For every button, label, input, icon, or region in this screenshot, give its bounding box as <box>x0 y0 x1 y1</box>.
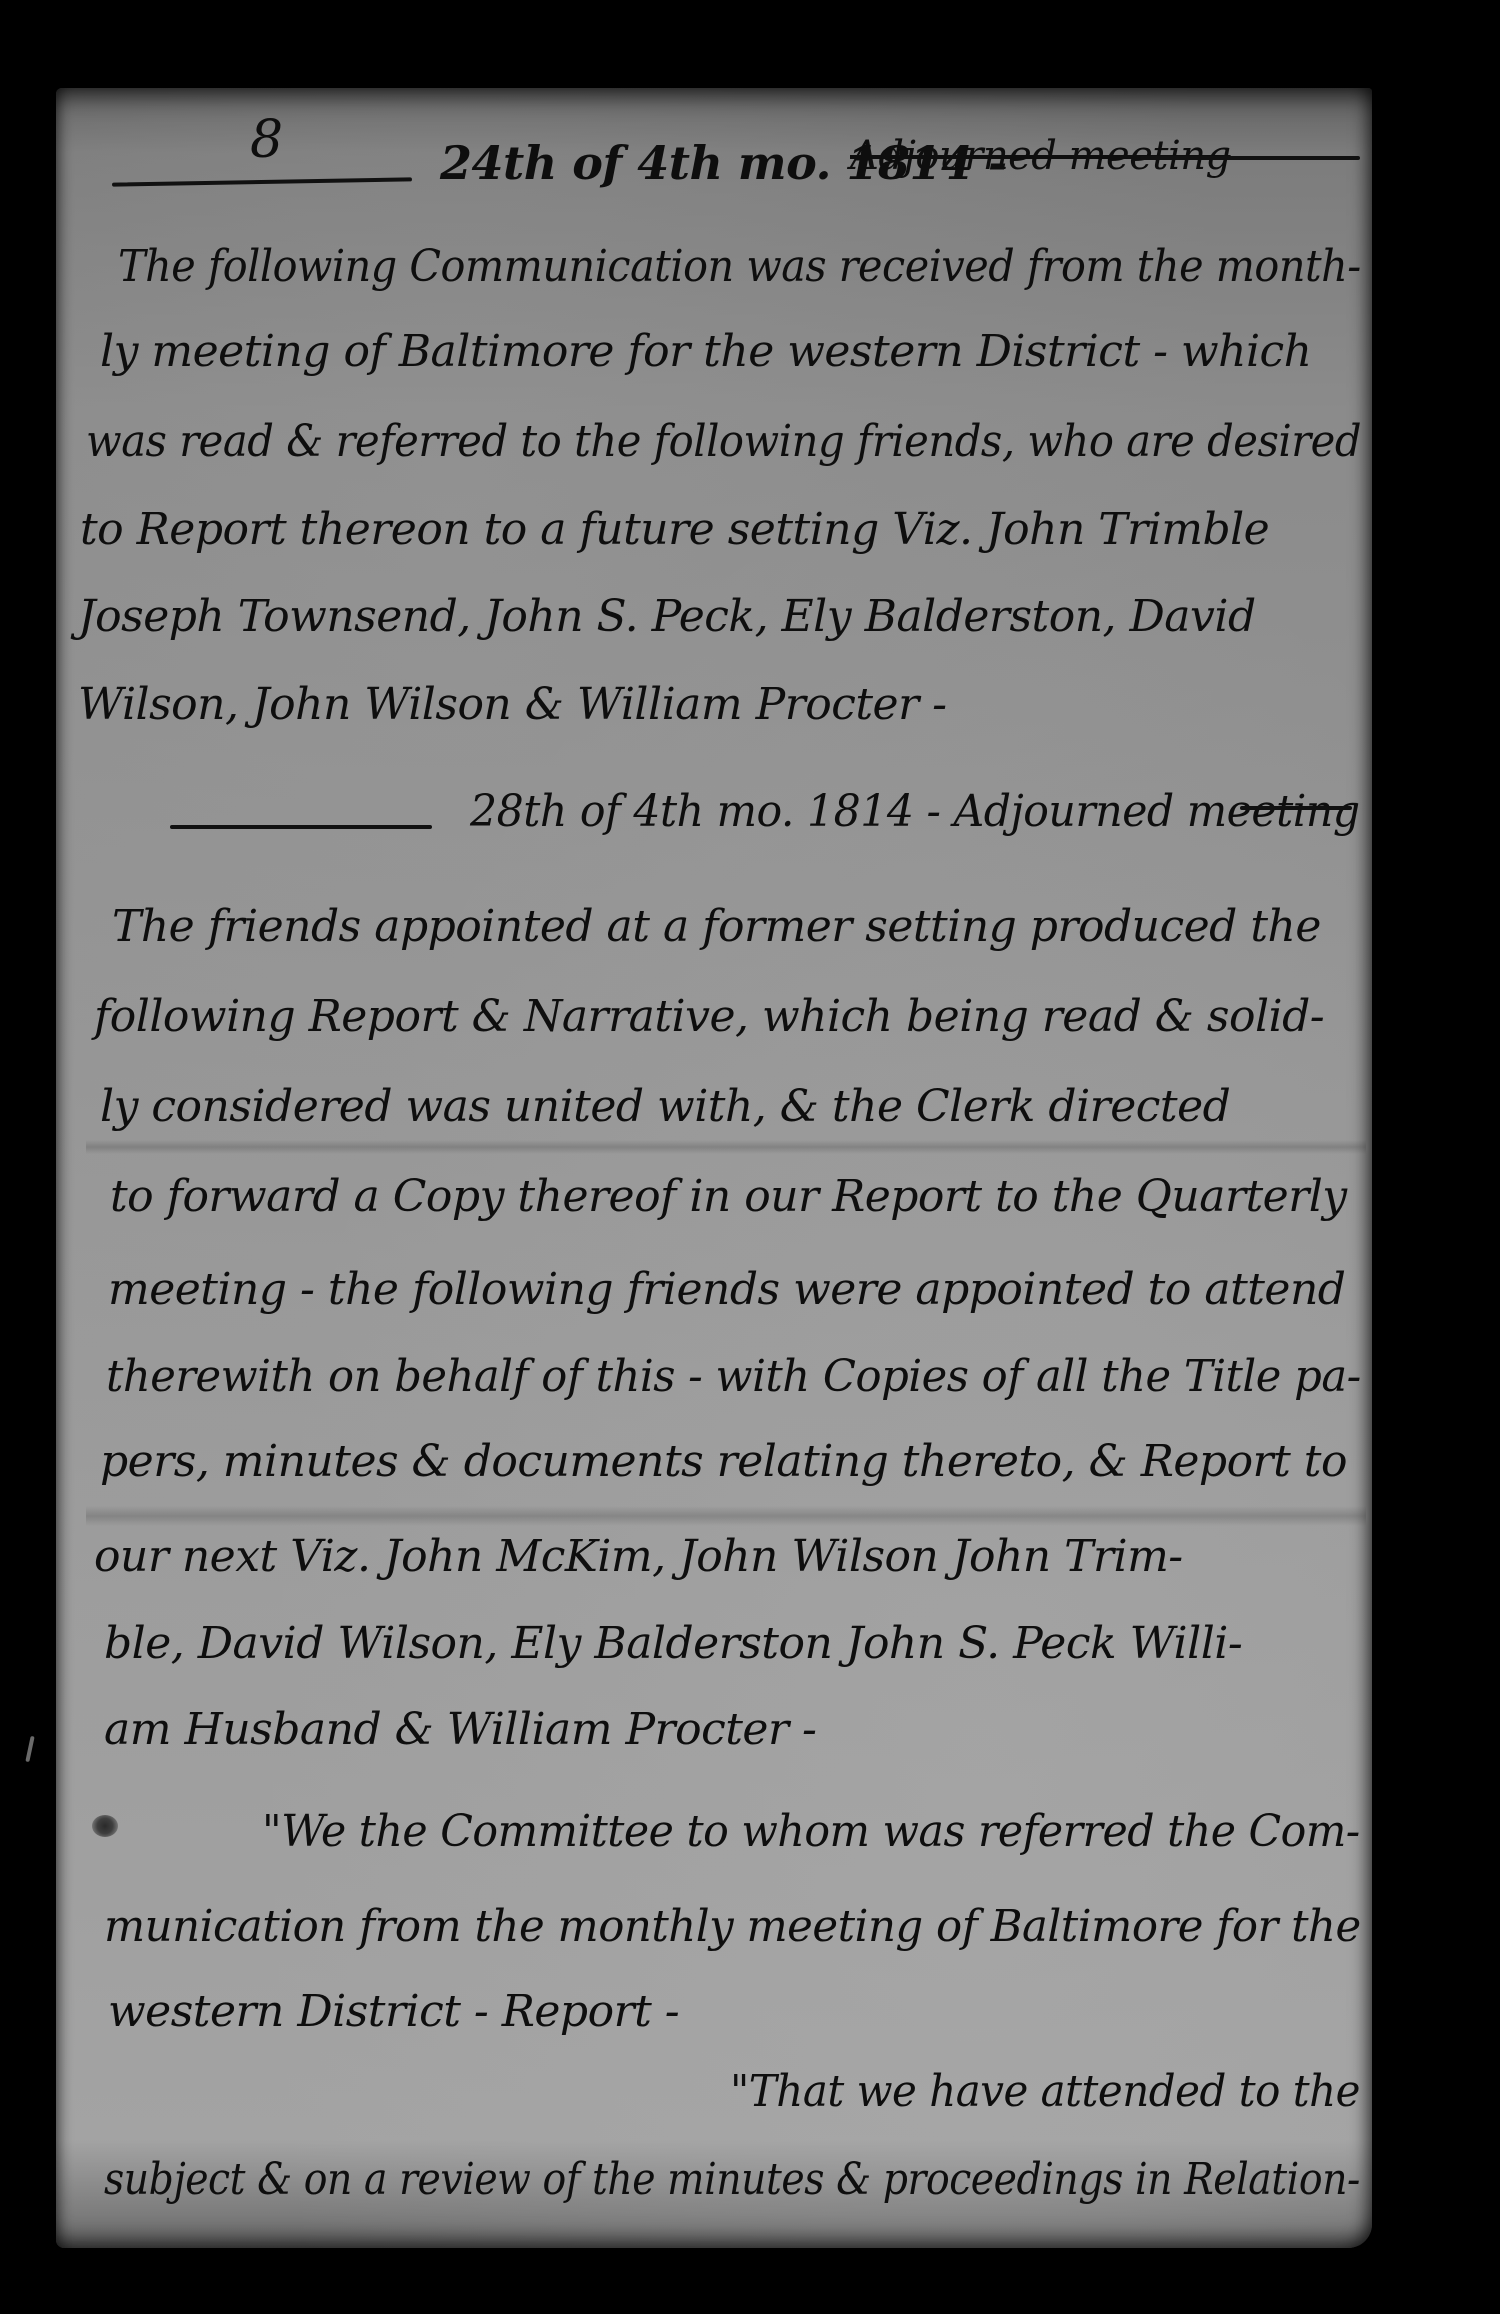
report-line: subject & on a review of the minutes & p… <box>104 2158 1360 2202</box>
paper-fold-shadow <box>86 1140 1366 1154</box>
entry-1-line: The following Communication was received… <box>118 245 1361 289</box>
entry-1-line: Wilson, John Wilson & William Procter - <box>78 683 946 727</box>
entry-1-line: was read & referred to the following fri… <box>86 420 1361 464</box>
entry-1-line: Joseph Townsend, John S. Peck, Ely Balde… <box>78 595 1256 639</box>
ink-stain <box>92 1815 118 1837</box>
entry-2-date: 28th of 4th mo. 1814 - Adjourned meeting <box>470 790 1360 834</box>
report-line: "That we have attended to the <box>730 2070 1360 2114</box>
entry-2-line: The friends appointed at a former settin… <box>112 905 1321 949</box>
entry-2-line: pers, minutes & documents relating there… <box>100 1440 1347 1484</box>
page-number: 8 <box>250 114 283 166</box>
report-line: munication from the monthly meeting of B… <box>104 1905 1361 1949</box>
entry-1-line: ly meeting of Baltimore for the western … <box>100 330 1312 374</box>
edge-mark <box>25 1736 34 1762</box>
entry-2-line: ly considered was united with, & the Cle… <box>100 1085 1230 1129</box>
entry-2-line: following Report & Narrative, which bein… <box>94 995 1324 1039</box>
header-rule-right <box>1140 156 1360 160</box>
entry-1-line: to Report thereon to a future setting Vi… <box>80 508 1269 552</box>
entry-2-line: therewith on behalf of this - with Copie… <box>106 1355 1361 1399</box>
entry-2-rule-right <box>1240 806 1352 810</box>
entry-2-rule-left <box>170 825 432 829</box>
entry-2-line: am Husband & William Procter - <box>104 1708 816 1752</box>
report-line: western District - Report - <box>108 1990 679 2034</box>
entry-2-line: meeting - the following friends were app… <box>108 1268 1345 1312</box>
entry-2-line: our next Viz. John McKim, John Wilson Jo… <box>94 1535 1183 1579</box>
paper-fold-shadow <box>86 1506 1366 1526</box>
entry-2-line: ble, David Wilson, Ely Balderston John S… <box>104 1622 1242 1666</box>
report-line: "We the Committee to whom was referred t… <box>262 1810 1360 1854</box>
entry-2-line: to forward a Copy thereof in our Report … <box>110 1175 1347 1219</box>
